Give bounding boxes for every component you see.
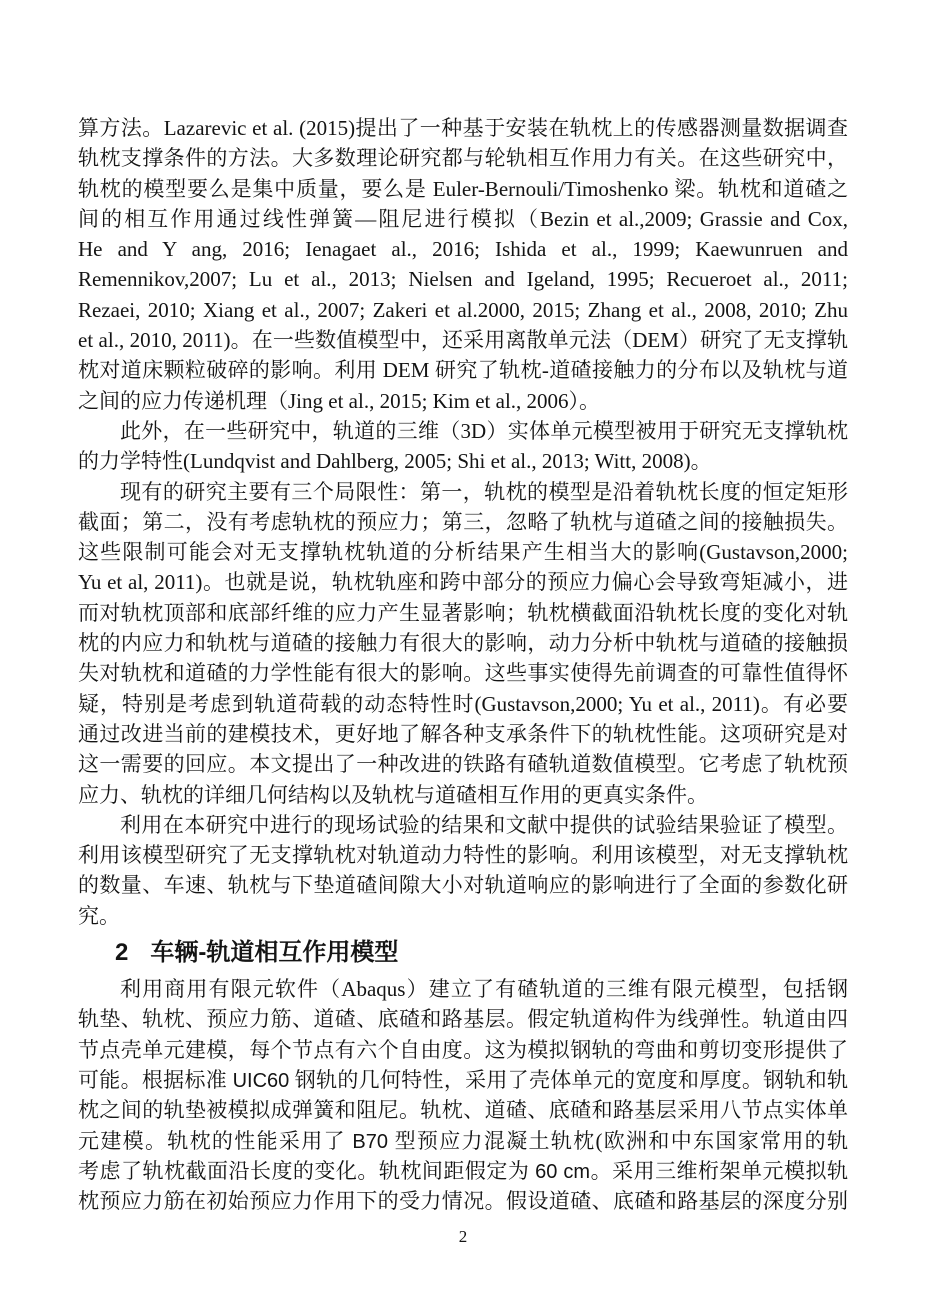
text-line: Remennikov,2007; Lu et al., 2013; Nielse… xyxy=(78,264,848,294)
text-line: 利用该模型研究了无支撑轨枕对轨道动力特性的影响。利用该模型，对无支撑轨枕 xyxy=(78,840,848,870)
text-line: Rezaei, 2010; Xiang et al., 2007; Zakeri… xyxy=(78,295,848,325)
text-line: 节点壳单元建模，每个节点有六个自由度。这为模拟钢轨的弯曲和剪切变形提供了 xyxy=(78,1035,848,1065)
sans-term: B70 xyxy=(352,1131,388,1153)
text-line: He and Y ang, 2016; Ienagaet al., 2016; … xyxy=(78,234,848,264)
sans-term: UIC60 xyxy=(233,1070,290,1092)
section-heading: 2车辆-轨道相互作用模型 xyxy=(78,931,848,974)
text-line: 而对轨枕顶部和底部纤维的应力产生显著影响；轨枕横截面沿轨枕长度的变化对轨 xyxy=(78,598,848,628)
text-line: 枕预应力筋在初始预应力作用下的受力情况。假设道碴、底碴和路基层的深度分别 xyxy=(78,1186,848,1216)
text-line: 此外，在一些研究中，轨道的三维（3D）实体单元模型被用于研究无支撑轨枕 xyxy=(78,416,848,446)
text-line: 究。 xyxy=(78,901,848,931)
text-line: 的数量、车速、轨枕与下垫道碴间隙大小对轨道响应的影响进行了全面的参数化研 xyxy=(78,870,848,900)
text-line: 元建模。轨枕的性能采用了 B70 型预应力混凝土轨枕(欧洲和中东国家常用的轨枕)… xyxy=(78,1126,848,1156)
text-line: 这一需要的回应。本文提出了一种改进的铁路有碴轨道数值模型。它考虑了轨枕预 xyxy=(78,749,848,779)
text-line: Yu et al, 2011)。也就是说，轨枕轨座和跨中部分的预应力偏心会导致弯… xyxy=(78,567,848,597)
text-line: 失对轨枕和道碴的力学性能有很大的影响。这些事实使得先前调查的可靠性值得怀 xyxy=(78,658,848,688)
text-line: 应力、轨枕的详细几何结构以及轨枕与道碴相互作用的更真实条件。 xyxy=(78,780,848,810)
text-line: 枕的内应力和轨枕与道碴的接触力有很大的影响，动力分析中轨枕与道碴的接触损 xyxy=(78,628,848,658)
body-text: 算方法。Lazarevic et al. (2015)提出了一种基于安装在轨枕上… xyxy=(78,113,848,1216)
text-line: 轨枕的模型要么是集中质量，要么是 Euler-Bernouli/Timoshen… xyxy=(78,174,848,204)
text-line: 这些限制可能会对无支撑轨枕轨道的分析结果产生相当大的影响(Gustavson,2… xyxy=(78,537,848,567)
text-line: 的力学特性(Lundqvist and Dahlberg, 2005; Shi … xyxy=(78,446,848,476)
text-line: 算方法。Lazarevic et al. (2015)提出了一种基于安装在轨枕上… xyxy=(78,113,848,143)
section-heading-title: 车辆-轨道相互作用模型 xyxy=(150,939,398,966)
text-line: 利用在本研究中进行的现场试验的结果和文献中提供的试验结果验证了模型。 xyxy=(78,810,848,840)
text-line: 现有的研究主要有三个局限性：第一，轨枕的模型是沿着轨枕长度的恒定矩形 xyxy=(78,477,848,507)
text-line: et al., 2010, 2011)。在一些数值模型中，还采用离散单元法（DE… xyxy=(78,325,848,355)
section-heading-number: 2 xyxy=(115,939,128,966)
sans-term: 60 cm xyxy=(535,1161,590,1183)
page-number: 2 xyxy=(0,1227,926,1247)
text-line: 利用商用有限元软件（Abaqus）建立了有碴轨道的三维有限元模型，包括钢轨、 xyxy=(78,974,848,1004)
text-line: 枕之间的轨垫被模拟成弹簧和阻尼。轨枕、道碴、底碴和路基层采用八节点实体单 xyxy=(78,1095,848,1125)
text-line: 轨枕支撑条件的方法。大多数理论研究都与轮轨相互作用力有关。在这些研究中， xyxy=(78,143,848,173)
text-line: 考虑了轨枕截面沿长度的变化。轨枕间距假定为 60 cm。采用三维桁架单元模拟轨 xyxy=(78,1156,848,1186)
text-line: 疑，特别是考虑到轨道荷载的动态特性时(Gustavson,2000; Yu et… xyxy=(78,689,848,719)
text-line: 间的相互作用通过线性弹簧—阻尼进行模拟（Bezin et al.,2009; G… xyxy=(78,204,848,234)
text-line: 截面；第二，没有考虑轨枕的预应力；第三，忽略了轨枕与道碴之间的接触损失。 xyxy=(78,507,848,537)
text-line: 枕对道床颗粒破碎的影响。利用 DEM 研究了轨枕-道碴接触力的分布以及轨枕与道碴 xyxy=(78,355,848,385)
text-line: 通过改进当前的建模技术，更好地了解各种支承条件下的轨枕性能。这项研究是对 xyxy=(78,719,848,749)
text-line: 轨垫、轨枕、预应力筋、道碴、底碴和路基层。假定轨道构件为线弹性。轨道由四 xyxy=(78,1004,848,1034)
text-line: 之间的应力传递机理（Jing et al., 2015; Kim et al.,… xyxy=(78,386,848,416)
text-line: 可能。根据标准 UIC60 钢轨的几何特性，采用了壳体单元的宽度和厚度。钢轨和轨 xyxy=(78,1065,848,1095)
